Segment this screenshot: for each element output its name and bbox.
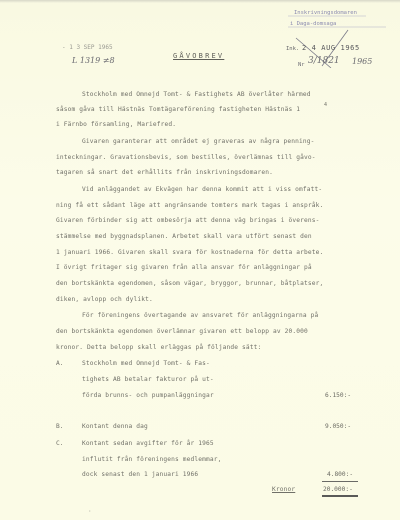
payment-item-b-letter: B. bbox=[56, 423, 63, 430]
total-double-rule bbox=[322, 495, 358, 497]
paragraph-3-line-2: ning få ett sådant läge att angränsande … bbox=[56, 202, 323, 209]
stamp-district: i Daga-domsaga bbox=[290, 21, 336, 27]
paragraph-3-line-5: 1 januari 1966. Givaren skall svara för … bbox=[56, 249, 323, 256]
paragraph-4-line-3: kronor. Detta belopp skall erläggas på f… bbox=[56, 344, 261, 351]
paragraph-1-superscript: 4 bbox=[324, 102, 327, 108]
stray-mark: · bbox=[88, 508, 92, 515]
stamp-authority: Inskrivningsdomaren bbox=[294, 10, 357, 16]
paragraph-3-line-6: I övrigt fritager sig givaren från alla … bbox=[56, 264, 312, 271]
document-page: - 1 3 SEP 1965 L 1319 ≠8 GÅVOBREV Inskri… bbox=[0, 0, 400, 520]
paragraph-3-line-7: den bortskänkta egendomen, såsom vägar, … bbox=[56, 280, 323, 287]
payment-item-c-line-3: dock senast den 1 januari 1966 bbox=[82, 471, 198, 478]
paragraph-2-line-2: inteckningar. Gravationsbevis, som besti… bbox=[56, 154, 316, 161]
handwritten-reference: L 1319 ≠8 bbox=[72, 56, 115, 65]
paragraph-3-line-1: Vid anläggandet av Ekvägen har denna kom… bbox=[82, 186, 322, 193]
payment-item-b-amount: 9.050:- bbox=[325, 423, 351, 430]
subtotal-rule bbox=[322, 481, 358, 482]
paragraph-1-line-3: i Färnbo församling, Mariefred. bbox=[56, 121, 176, 128]
stamp-number-prefix: Nr bbox=[298, 62, 305, 68]
payment-item-c-line-2: influtit från föreningens medlemmar, bbox=[82, 456, 222, 463]
received-date-mark: - 1 3 SEP 1965 bbox=[62, 44, 113, 51]
payment-item-a-line-2: tighets AB betalar fakturor på ut- bbox=[82, 376, 214, 383]
paragraph-3-line-4: stämmelse med byggnadsplanen. Arbetet sk… bbox=[56, 233, 312, 240]
payment-item-c-amount: 4.800:- bbox=[327, 471, 353, 478]
total-label: Kronor bbox=[272, 486, 295, 493]
paragraph-4-line-1: För föreningens övertagande av ansvaret … bbox=[82, 312, 318, 319]
payment-item-a-line-3: förda brunns- och pumpanläggningar bbox=[82, 392, 214, 399]
paragraph-2-line-1: Givaren garanterar att området ej graver… bbox=[82, 138, 315, 145]
paragraph-1-line-2: såsom gåva till Hästnäs Tomtägareförenin… bbox=[56, 106, 300, 113]
page-edge-shadow bbox=[0, 0, 400, 3]
document-title: GÅVOBREV bbox=[173, 52, 224, 60]
payment-item-a-amount: 6.150:- bbox=[325, 392, 351, 399]
stamp-date-label: Ink. bbox=[286, 46, 299, 52]
stamp-number: 3/1821 bbox=[308, 56, 340, 66]
stamp-date: 2 4 AUG 1965 bbox=[302, 44, 360, 52]
registry-stamp: Inskrivningsdomaren i Daga-domsaga Ink. … bbox=[286, 8, 391, 68]
payment-item-a-line-1: Stockholm med Omnejd Tomt- & Fas- bbox=[82, 360, 210, 367]
paragraph-3-line-3: Givaren förbinder sig att ombesörja att … bbox=[56, 217, 320, 224]
payment-item-c-line-1: Kontant sedan avgifter för år 1965 bbox=[82, 440, 214, 447]
payment-item-a-letter: A. bbox=[56, 360, 63, 367]
payment-item-b-line-1: Kontant denna dag bbox=[82, 423, 148, 430]
paragraph-3-line-8: diken, avlopp och dylikt. bbox=[56, 296, 153, 303]
paragraph-4-line-2: den bortskänkta egendomen överlämnar giv… bbox=[56, 328, 308, 335]
payment-item-c-letter: C. bbox=[56, 440, 63, 447]
paragraph-2-line-3: tagaren så snart det erhållits från insk… bbox=[56, 169, 273, 176]
stamp-year: 1965 bbox=[352, 57, 372, 66]
total-amount: 20.000:- bbox=[323, 486, 353, 493]
paragraph-1-line-1: Stockholm med Omnejd Tomt- & Fastighets … bbox=[82, 91, 311, 98]
